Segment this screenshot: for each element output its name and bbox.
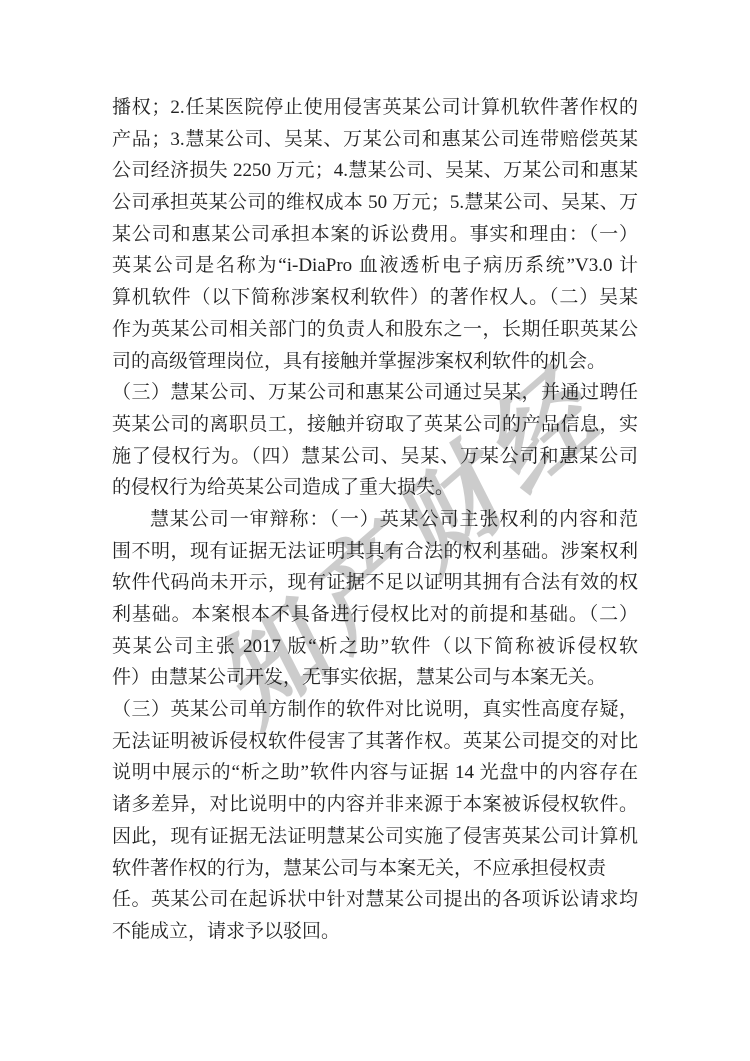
text-line: 英某公司是名称为“i-DiaPro 血液透析电子病历系统”V3.0 计 — [112, 250, 638, 282]
text-line: 慧某公司一审辩称：（一）英某公司主张权利的内容和范 — [112, 504, 638, 536]
text-line: 围不明，现有证据无法证明其具有合法的权利基础。涉案权利 — [112, 536, 638, 568]
text-line: 算机软件（以下简称涉案权利软件）的著作权人。（二）吴某 — [112, 282, 638, 314]
text-line: 作为英某公司相关部门的负责人和股东之一，长期任职英某公 — [112, 314, 638, 346]
text-line: 产品；3.慧某公司、吴某、万某公司和惠某公司连带赔偿英某 — [112, 124, 638, 156]
text-line: 公司承担英某公司的维权成本 50 万元；5.慧某公司、吴某、万 — [112, 187, 638, 219]
text-line: （三）英某公司单方制作的软件对比说明，真实性高度存疑， — [112, 694, 638, 726]
document-page: 知产财经 播权；2.任某医院停止使用侵害英某公司计算机软件著作权的产品；3.慧某… — [0, 0, 750, 1061]
text-line: 软件著作权的行为，慧某公司与本案无关，不应承担侵权责 — [112, 853, 638, 885]
paragraph: 慧某公司一审辩称：（一）英某公司主张权利的内容和范围不明，现有证据无法证明其具有… — [112, 504, 638, 948]
text-line: 某公司和惠某公司承担本案的诉讼费用。事实和理由：（一） — [112, 219, 638, 251]
text-line: 诸多差异，对比说明中的内容并非来源于本案被诉侵权软件。 — [112, 789, 638, 821]
text-line: 司的高级管理岗位，具有接触并掌握涉案权利软件的机会。 — [112, 346, 638, 378]
text-line: 任。英某公司在起诉状中针对慧某公司提出的各项诉讼请求均 — [112, 884, 638, 916]
paragraph: 播权；2.任某医院停止使用侵害英某公司计算机软件著作权的产品；3.慧某公司、吴某… — [112, 92, 638, 504]
text-line: 播权；2.任某医院停止使用侵害英某公司计算机软件著作权的 — [112, 92, 638, 124]
text-line: 说明中展示的“析之助”软件内容与证据 14 光盘中的内容存在 — [112, 757, 638, 789]
text-line: 施了侵权行为。（四）慧某公司、吴某、万某公司和惠某公司 — [112, 441, 638, 473]
text-line: 英某公司的离职员工，接触并窃取了英某公司的产品信息，实 — [112, 409, 638, 441]
body-text: 播权；2.任某医院停止使用侵害英某公司计算机软件著作权的产品；3.慧某公司、吴某… — [112, 92, 638, 948]
text-line: 公司经济损失 2250 万元；4.慧某公司、吴某、万某公司和惠某 — [112, 155, 638, 187]
text-line: 件）由慧某公司开发，无事实依据，慧某公司与本案无关。 — [112, 662, 638, 694]
text-line: 英某公司主张 2017 版“析之助”软件（以下简称被诉侵权软 — [112, 631, 638, 663]
text-line: 无法证明被诉侵权软件侵害了其著作权。英某公司提交的对比 — [112, 726, 638, 758]
text-line: 的侵权行为给英某公司造成了重大损失。 — [112, 472, 638, 504]
text-line: 不能成立，请求予以驳回。 — [112, 916, 638, 948]
text-line: （三）慧某公司、万某公司和惠某公司通过吴某，并通过聘任 — [112, 377, 638, 409]
text-line: 软件代码尚未开示，现有证据不足以证明其拥有合法有效的权 — [112, 567, 638, 599]
text-line: 因此，现有证据无法证明慧某公司实施了侵害英某公司计算机 — [112, 821, 638, 853]
text-line: 利基础。本案根本不具备进行侵权比对的前提和基础。（二） — [112, 599, 638, 631]
